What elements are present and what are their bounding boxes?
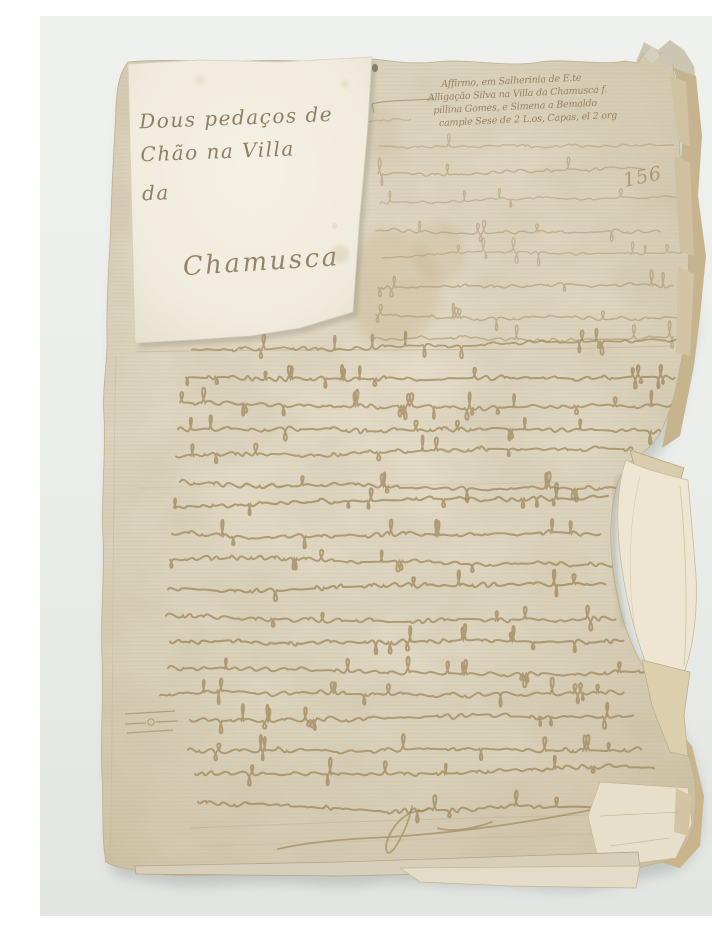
note-paper bbox=[128, 57, 372, 343]
manuscript-photo: Dous pedaços de Chão na Villa da Chamusc… bbox=[40, 16, 712, 916]
manuscript-artwork bbox=[40, 16, 712, 916]
